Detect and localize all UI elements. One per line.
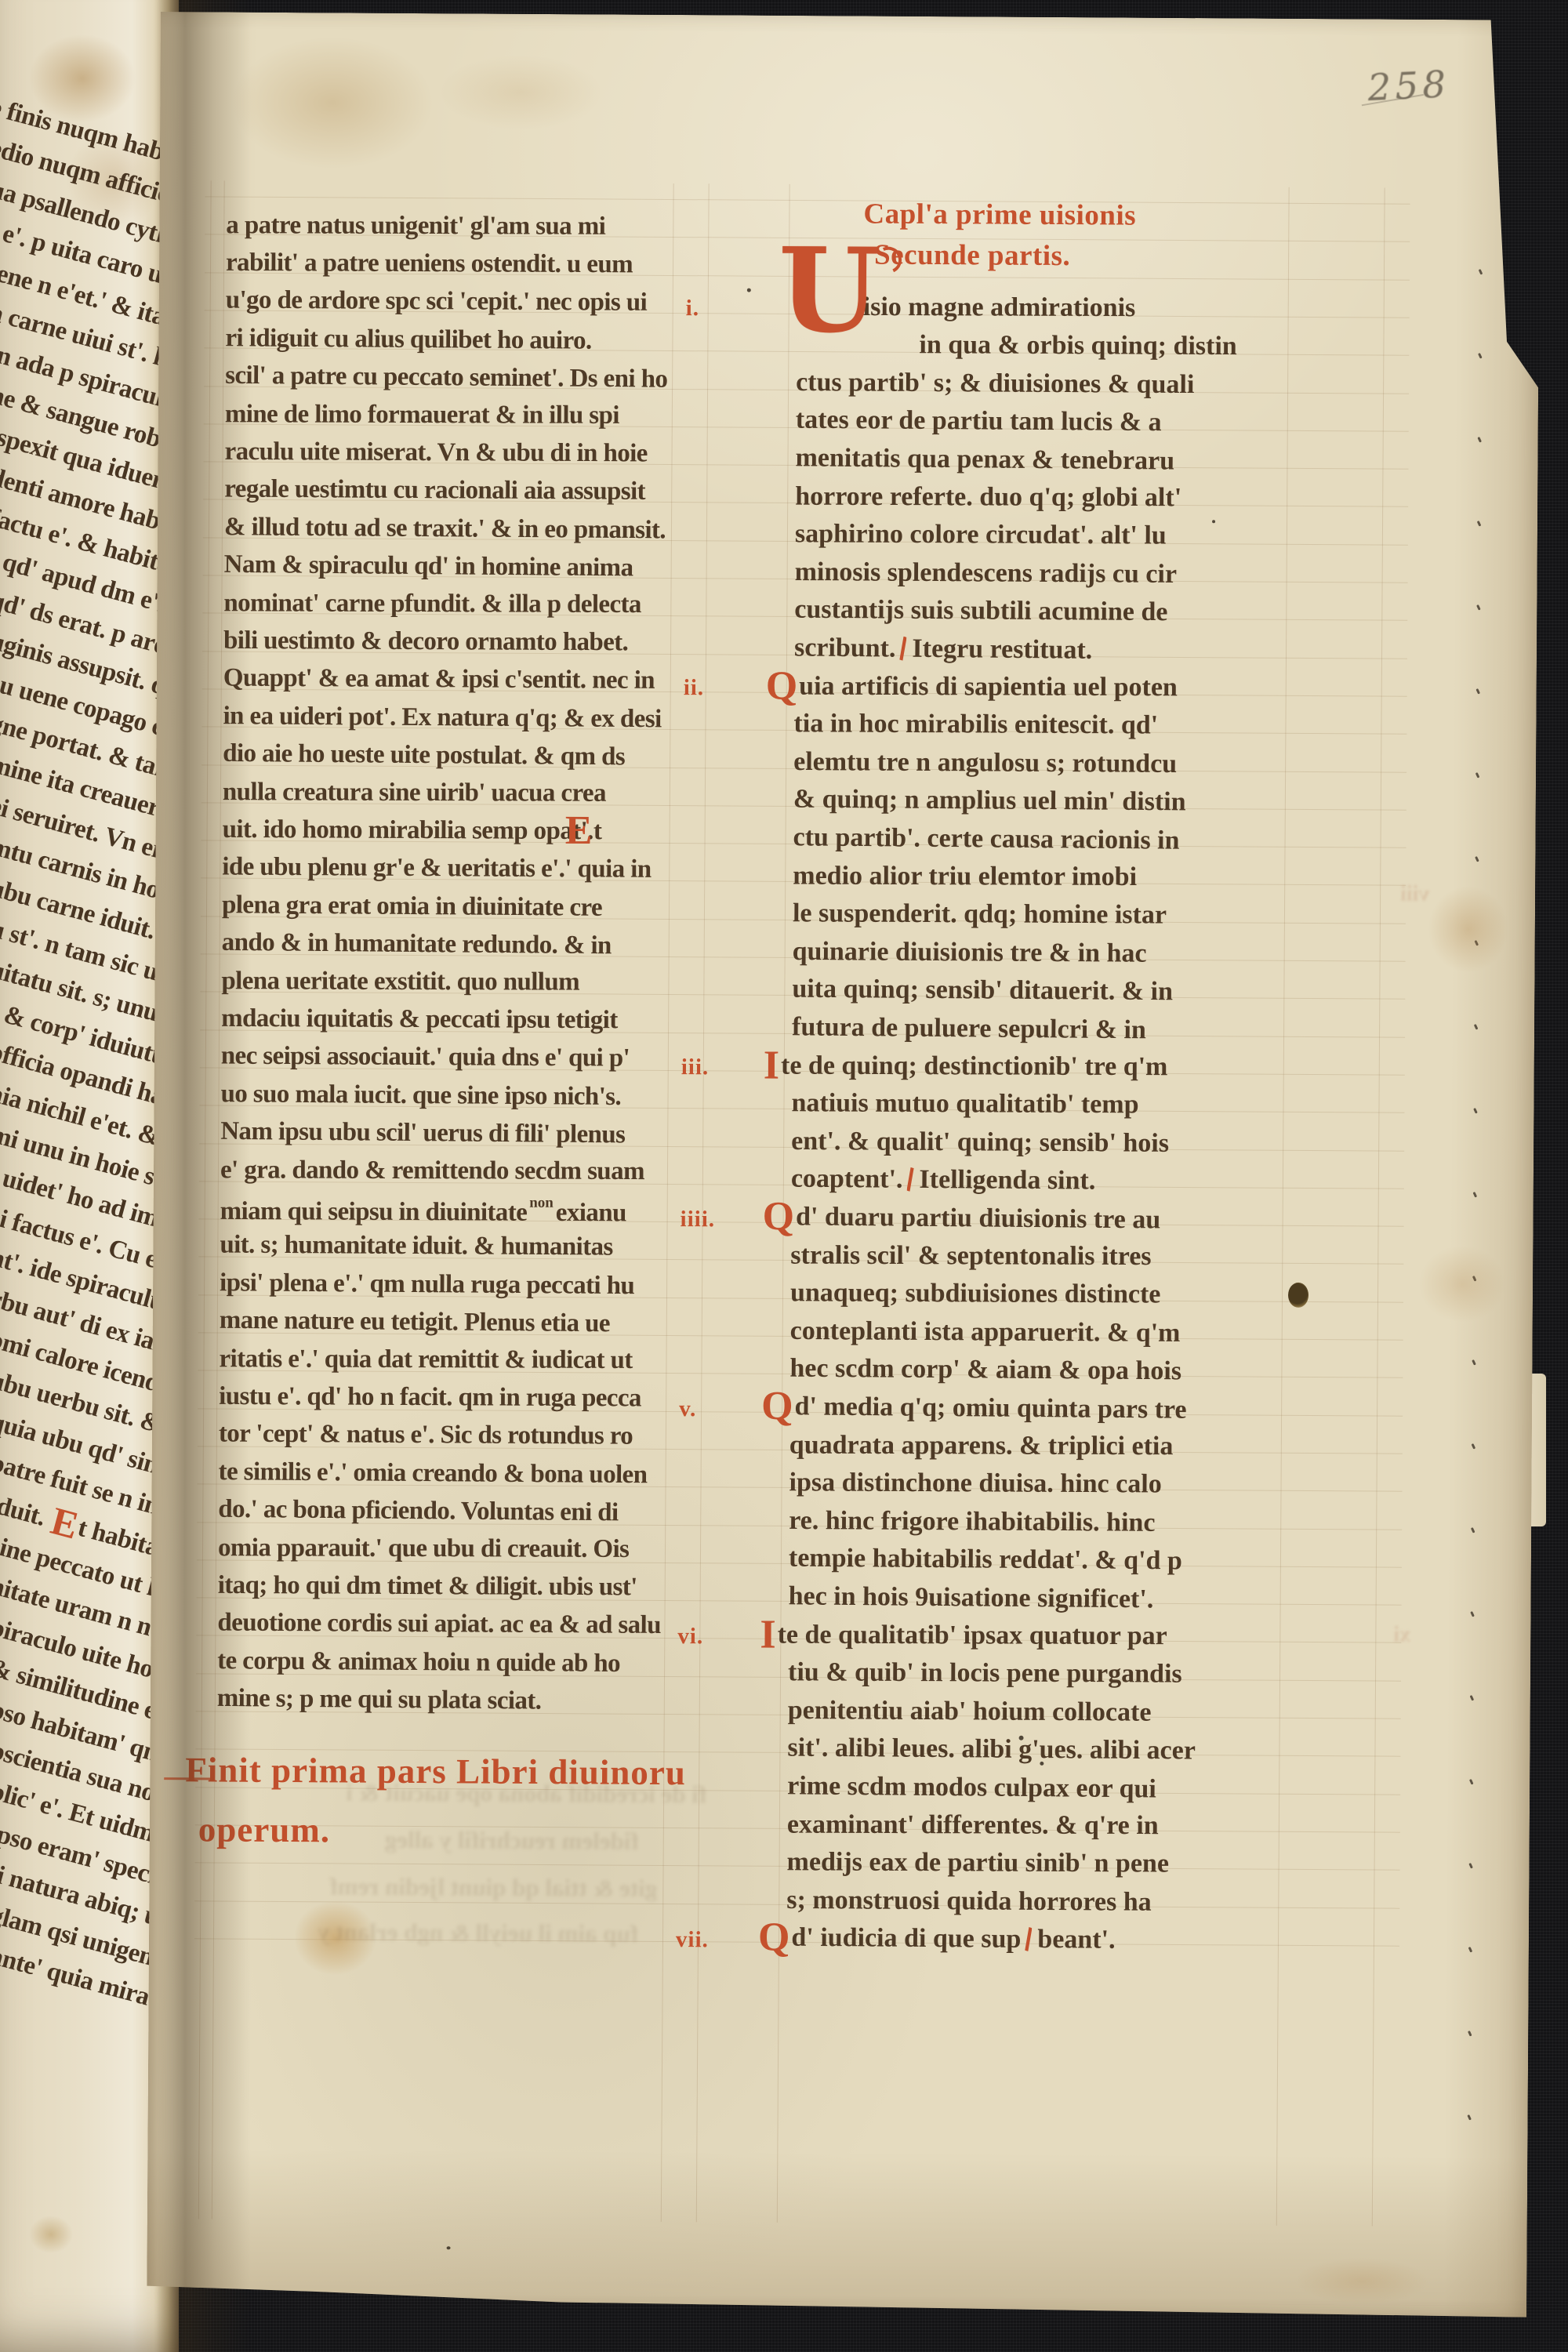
chapter-numeral: i. xyxy=(686,296,700,321)
text-line: horrore referte. duo q'q; globi alt' xyxy=(795,482,1181,514)
pricking-mark xyxy=(1475,856,1479,862)
text-line: mine de limo formauerat & in illu spi xyxy=(225,400,619,430)
parchment-spot xyxy=(1288,1283,1308,1308)
text-line: iustu e'. qd' ho n facit. qm in ruga pec… xyxy=(219,1382,641,1414)
text-line: Qd' iudicia di que supbeant'. xyxy=(786,1923,1116,1955)
text-line: a patre natus unigenit' gl'am sua mi xyxy=(226,211,605,241)
chapter-numeral: iii. xyxy=(681,1054,710,1080)
stain xyxy=(1283,2253,1440,2309)
pricking-mark xyxy=(1472,1359,1476,1366)
text-line: ando & in humanitate redundo. & in xyxy=(222,928,612,960)
text-line: ipsi' plena e'.' qm nulla ruga peccati h… xyxy=(220,1269,634,1301)
pricking-mark xyxy=(1472,1276,1477,1282)
chapter-numerals: i.ii.iii.iiii.v.vi.vii. xyxy=(161,12,1541,20)
text-line: quadrata apparens. & triplici etia xyxy=(789,1431,1174,1462)
chapter-numeral: vii. xyxy=(676,1927,709,1953)
manuscript-photo: { "folio_number": "258", "colors": {"ink… xyxy=(0,0,1568,2352)
pricking-mark xyxy=(1475,772,1480,779)
text-line: hec in hois 9uisatione significet'. xyxy=(789,1581,1154,1614)
text-line: Quia artificis di sapientia uel poten xyxy=(794,672,1178,703)
stain xyxy=(1411,1239,1514,1330)
text-line: tempie habitabilis reddat'. & q'd p xyxy=(789,1544,1182,1577)
text-line: ctu partib'. certe causa racionis in xyxy=(793,822,1179,855)
text-line: rime scdm modos culpax eor qui xyxy=(787,1771,1156,1804)
ink-speck xyxy=(447,2246,451,2249)
chapter-numeral: v. xyxy=(679,1396,696,1422)
pricking-mark xyxy=(1467,2114,1472,2121)
text-line: te corpu & animax hoiu n quide ab ho xyxy=(217,1646,620,1679)
pricking-mark xyxy=(1472,1192,1477,1198)
pricking-mark xyxy=(1479,269,1483,275)
text-line: ent'. & qualit' quinq; sensib' hois xyxy=(791,1127,1169,1159)
left-text-column: a patre natus unigenit' gl'am sua mirabi… xyxy=(161,12,1541,20)
ink-speck xyxy=(747,289,751,292)
text-line: ipsa distinchone diuisa. hinc calo xyxy=(789,1468,1161,1500)
text-line: Qd' media q'q; omiu quinta pars tre xyxy=(789,1392,1187,1425)
text-line: & illud totu ad se traxit.' & in eo pman… xyxy=(224,513,666,545)
text-line: conteplanti ista apparuerit. & q'm xyxy=(790,1316,1181,1348)
stain xyxy=(207,20,459,186)
text-line: nec seipsi associauit.' quia dns e' qui … xyxy=(221,1042,630,1073)
showthrough-line: gite & ttial qd qiunt ljedin remf xyxy=(329,1872,657,1903)
text-line: coaptent'.Itelligenda sint. xyxy=(791,1164,1096,1196)
pricking-mark xyxy=(1470,1611,1475,1617)
interlinear-gloss: non xyxy=(529,1195,554,1211)
explicit-line-2: operum. xyxy=(198,1809,331,1850)
ruling-line xyxy=(696,183,710,2222)
manuscript-page: a patre natus unigenit' gl'am sua mirabi… xyxy=(147,12,1541,2318)
rubric-line-2: Secunde partis. xyxy=(874,238,1070,274)
pricking-mark xyxy=(1476,604,1481,611)
text-line: re. hinc frigore ihabitabilis. hinc xyxy=(789,1506,1155,1538)
ruling-line xyxy=(198,180,212,2219)
ruling-line xyxy=(1372,188,1385,2227)
pricking-mark xyxy=(1473,1108,1478,1114)
text-line: te similis e'.' omia creando & bona uole… xyxy=(218,1457,647,1490)
text-line: tiu & quib' in locis pene purgandis xyxy=(788,1658,1182,1690)
text-line: e' gra. dando & remittendo secdm suam xyxy=(220,1156,644,1186)
text-line: bili uestimto & decoro ornamto habet. xyxy=(223,626,628,657)
ink-speck xyxy=(1040,1762,1044,1766)
pricking-mark xyxy=(1471,1527,1475,1534)
pricking-mark xyxy=(1468,1863,1473,1869)
right-text-column: isio magne admirationisin qua & orbis qu… xyxy=(161,12,1541,20)
text-line: regale uestimtu cu racionali aia assupsi… xyxy=(224,475,645,506)
showthrough-numeral: xi xyxy=(1393,1623,1410,1648)
text-line: futura de puluere sepulcri & in xyxy=(792,1012,1146,1045)
ruling-line xyxy=(1276,187,1290,2226)
pricking-mark xyxy=(1477,521,1482,527)
text-line: uita quinq; sensib' ditauerit. & in xyxy=(792,975,1173,1007)
text-line: tates eor de partiu tam lucis & a xyxy=(796,405,1162,438)
text-line: le suspenderit. qdq; homine istar xyxy=(793,899,1167,931)
stain xyxy=(1421,878,1515,981)
text-line: & quinq; n amplius uel min' distin xyxy=(793,785,1186,818)
text-line: nulla creatura sine uirib' uacua crea xyxy=(223,778,606,808)
pricking-mark xyxy=(1468,1947,1473,1953)
text-line: mane nature eu tetigit. Plenus etia ue xyxy=(220,1306,610,1338)
showthrough-line: fidelem reuchrifil y alleg xyxy=(385,1826,639,1856)
stain xyxy=(24,2211,78,2258)
text-line: Qd' duaru partiu diuisionis tre au xyxy=(790,1202,1160,1235)
paraph-mark xyxy=(906,1167,913,1192)
text-line: in ea uideri pot'. Ex natura q'q; & ex d… xyxy=(223,702,661,734)
text-line: elemtu tre n angulosu s; rotundcu xyxy=(793,747,1177,779)
text-line: Quappt' & ea amat & ipsi c'sentit. nec i… xyxy=(223,664,655,695)
stain xyxy=(419,45,623,140)
text-line: custantijs suis subtili acumine de xyxy=(794,595,1167,628)
text-line: mine s; p me qui su plata sciat. xyxy=(217,1684,542,1716)
text-line: rabilit' a patre ueniens ostendit. u eum xyxy=(226,249,633,279)
text-line: itaq; ho qui dm timet & diligit. ubis us… xyxy=(218,1571,637,1602)
text-line: do.' ac bona pficiendo. Voluntas eni di xyxy=(218,1495,619,1528)
showthrough-line: fi de icredidif abona ope uacuit & i xyxy=(346,1778,706,1809)
text-line: sit'. alibi leues. alibi g'ues. alibi ac… xyxy=(787,1733,1196,1766)
text-line: deuotione cordis sui apiat. ac ea & ad s… xyxy=(217,1609,661,1640)
pricking-mark xyxy=(1472,1443,1476,1450)
text-line: stralis scil' & septentonalis itres xyxy=(790,1241,1151,1272)
showthrough-text: fi de icredidif abona ope uacuit & ifide… xyxy=(161,12,1541,20)
red-initial: E xyxy=(53,1519,78,1526)
chapter-numeral: iiii. xyxy=(681,1207,716,1232)
pricking-mark xyxy=(1470,1695,1475,1701)
ink-speck xyxy=(1212,520,1215,523)
pricking-mark xyxy=(1478,353,1483,359)
text-line: medio alior triu elemtor imobi xyxy=(793,862,1137,892)
showthrough-line: fup aim il ueiyll & ngb erlant y xyxy=(318,1918,638,1947)
text-line: examinant' differentes. & q're in xyxy=(787,1810,1159,1842)
paraph-mark xyxy=(899,636,906,660)
text-line: ide ubu plenu gr'e & ueritatis e'.' quia… xyxy=(222,853,651,884)
text-line: ri idiguit cu alius quilibet ho auiro. xyxy=(225,324,591,356)
text-line: miam qui seipsu in diuinitatenonexianu xyxy=(220,1193,626,1228)
chapter-numeral: vi. xyxy=(677,1624,703,1650)
text-line: scribunt.Itegru restituat. xyxy=(794,633,1093,665)
text-line: mdaciu iquitatis & peccati ipsu tetigit xyxy=(221,1004,618,1035)
text-line: uit. s; humanitate iduit. & humanitas xyxy=(220,1231,613,1262)
text-line: in qua & orbis quinq; distin xyxy=(919,331,1237,362)
pricking-mark xyxy=(1477,437,1482,443)
text-line: dio aie ho ueste uite postulat. & qm ds xyxy=(223,739,625,772)
decorated-initial-U: U xyxy=(778,232,880,349)
text-line: tia in hoc mirabilis enitescit. qd' xyxy=(793,710,1158,741)
text-line: tor 'cept' & natus e'. Sic ds rotundus r… xyxy=(219,1420,633,1451)
text-line: plena ueritate exstitit. quo nullum xyxy=(221,967,579,997)
text-line: hec scdm corp' & aiam & opa hois xyxy=(789,1354,1181,1387)
pricking-mark xyxy=(1469,1779,1474,1785)
text-line: Ite de qualitatib' ipsax quatuor par xyxy=(788,1621,1167,1652)
pricking-mark xyxy=(1468,2031,1472,2037)
text-line: uit. ido homo mirabilia semp opat'.Et xyxy=(223,815,602,846)
text-line: quinarie diuisionis tre & in hac xyxy=(793,937,1147,969)
text-line: u'go de ardore spc sci 'cepit.' nec opis… xyxy=(226,286,648,318)
showthrough-numeral: viii xyxy=(1400,882,1430,907)
text-line: saphirino colore circudat'. alt' lu xyxy=(795,520,1167,551)
rubric-line-1: Capl'a prime uisionis xyxy=(863,197,1136,232)
paraph-mark xyxy=(1025,1927,1032,1951)
text-line: Nam ipsu ubu scil' uerus di fili' plenus xyxy=(220,1117,625,1150)
text-line: uo suo mala iucit. que sine ipso nich's. xyxy=(220,1080,621,1112)
text-line: isio magne admirationis xyxy=(863,292,1136,323)
pricking-mark xyxy=(1474,1024,1479,1030)
text-line: medijs eax de partiu sinib' n pene xyxy=(787,1848,1170,1879)
text-line: unaqueq; subdiuisiones distincte xyxy=(790,1279,1161,1310)
text-line: minosis splendescens radijs cu cir xyxy=(795,557,1178,590)
text-line: s; monstruosi quida horrores ha xyxy=(786,1886,1152,1918)
chapter-numeral: ii. xyxy=(684,675,705,701)
text-line: menitatis qua penax & tenebraru xyxy=(795,443,1174,476)
text-line: plena gra erat omia in diuinitate cre xyxy=(222,891,602,923)
ink-speck xyxy=(1019,1736,1024,1740)
text-line: omia pparauit.' que ubu di creauit. Ois xyxy=(218,1534,629,1564)
text-line: nominat' carne pfundit. & illa p delecta xyxy=(223,589,641,619)
text-line: raculu uite miserat. Vn & ubu di in hoie xyxy=(224,437,647,469)
text-line: Nam & spiraculu qd' in homine anima xyxy=(224,550,633,583)
pricking-mark xyxy=(1474,940,1479,946)
text-line: scil' a patre cu peccato seminet'. Ds en… xyxy=(225,361,667,394)
pricking-mark xyxy=(1475,688,1480,695)
ruling-line xyxy=(661,183,674,2222)
text-line: ritatis e'.' quia dat remittit & iudicat… xyxy=(219,1345,632,1375)
text-line: ctus partib' s; & diuisiones & quali xyxy=(796,368,1194,400)
ruling-line xyxy=(205,196,1410,204)
text-line: Ite de quinq; destinctionib' tre q'm xyxy=(792,1051,1168,1083)
text-line: natiuis mutuo qualitatib' temp xyxy=(791,1089,1138,1120)
explicit-flourish xyxy=(164,1777,212,1780)
text-line: penitentiu aiab' hoium collocate xyxy=(788,1696,1152,1728)
ruling-grid xyxy=(161,12,1541,20)
